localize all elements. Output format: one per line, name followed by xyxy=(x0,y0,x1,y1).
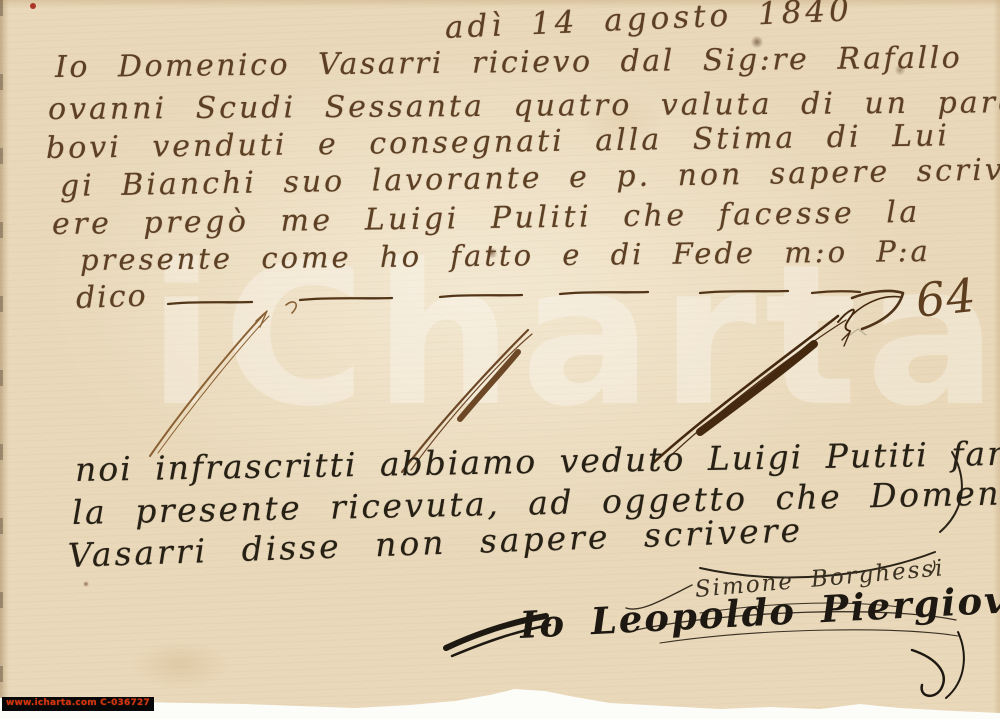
amount-value: 64 xyxy=(913,268,979,328)
caret-mark xyxy=(850,329,866,335)
red-ink-dot xyxy=(30,3,36,9)
catalog-label: www.icharta.com C-036727 xyxy=(2,697,154,711)
slash-stroke-1 xyxy=(150,302,296,456)
amount-dashes xyxy=(168,291,860,304)
amount-word: dico xyxy=(75,279,148,316)
scanned-document: iCharta xyxy=(0,0,1000,719)
main-signature-tail xyxy=(912,632,964,698)
